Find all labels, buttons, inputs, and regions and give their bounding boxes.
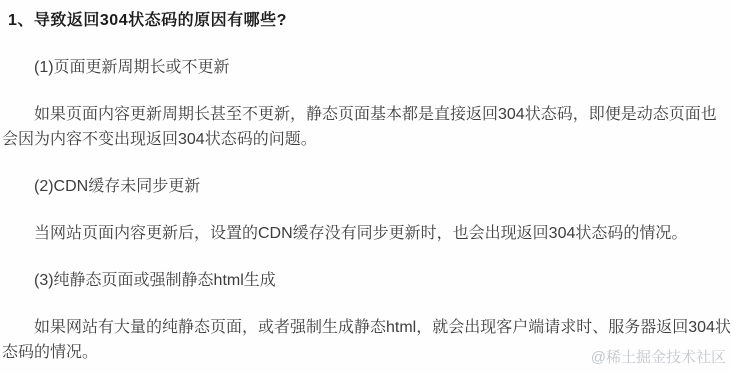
section-1: (1)页面更新周期长或不更新 如果页面内容更新周期长甚至不更新，静态页面基本都是… [2, 55, 732, 152]
section-2-body: 当网站页面内容更新后，设置的CDN缓存没有同步更新时，也会出现返回304状态码的… [2, 221, 732, 246]
article-title: 1、导致返回304状态码的原因有哪些? [8, 8, 732, 33]
section-1-body: 如果页面内容更新周期长甚至不更新，静态页面基本都是直接返回304状态码，即便是动… [2, 102, 732, 152]
section-2: (2)CDN缓存未同步更新 当网站页面内容更新后，设置的CDN缓存没有同步更新时… [2, 174, 732, 246]
section-3-heading: (3)纯静态页面或强制静态html生成 [2, 268, 732, 293]
watermark-juejin-community: @稀土掘金技术社区 [591, 350, 726, 366]
section-1-heading: (1)页面更新周期长或不更新 [2, 55, 732, 80]
article-page: 1、导致返回304状态码的原因有哪些? (1)页面更新周期长或不更新 如果页面内… [0, 0, 732, 373]
section-2-heading: (2)CDN缓存未同步更新 [2, 174, 732, 199]
